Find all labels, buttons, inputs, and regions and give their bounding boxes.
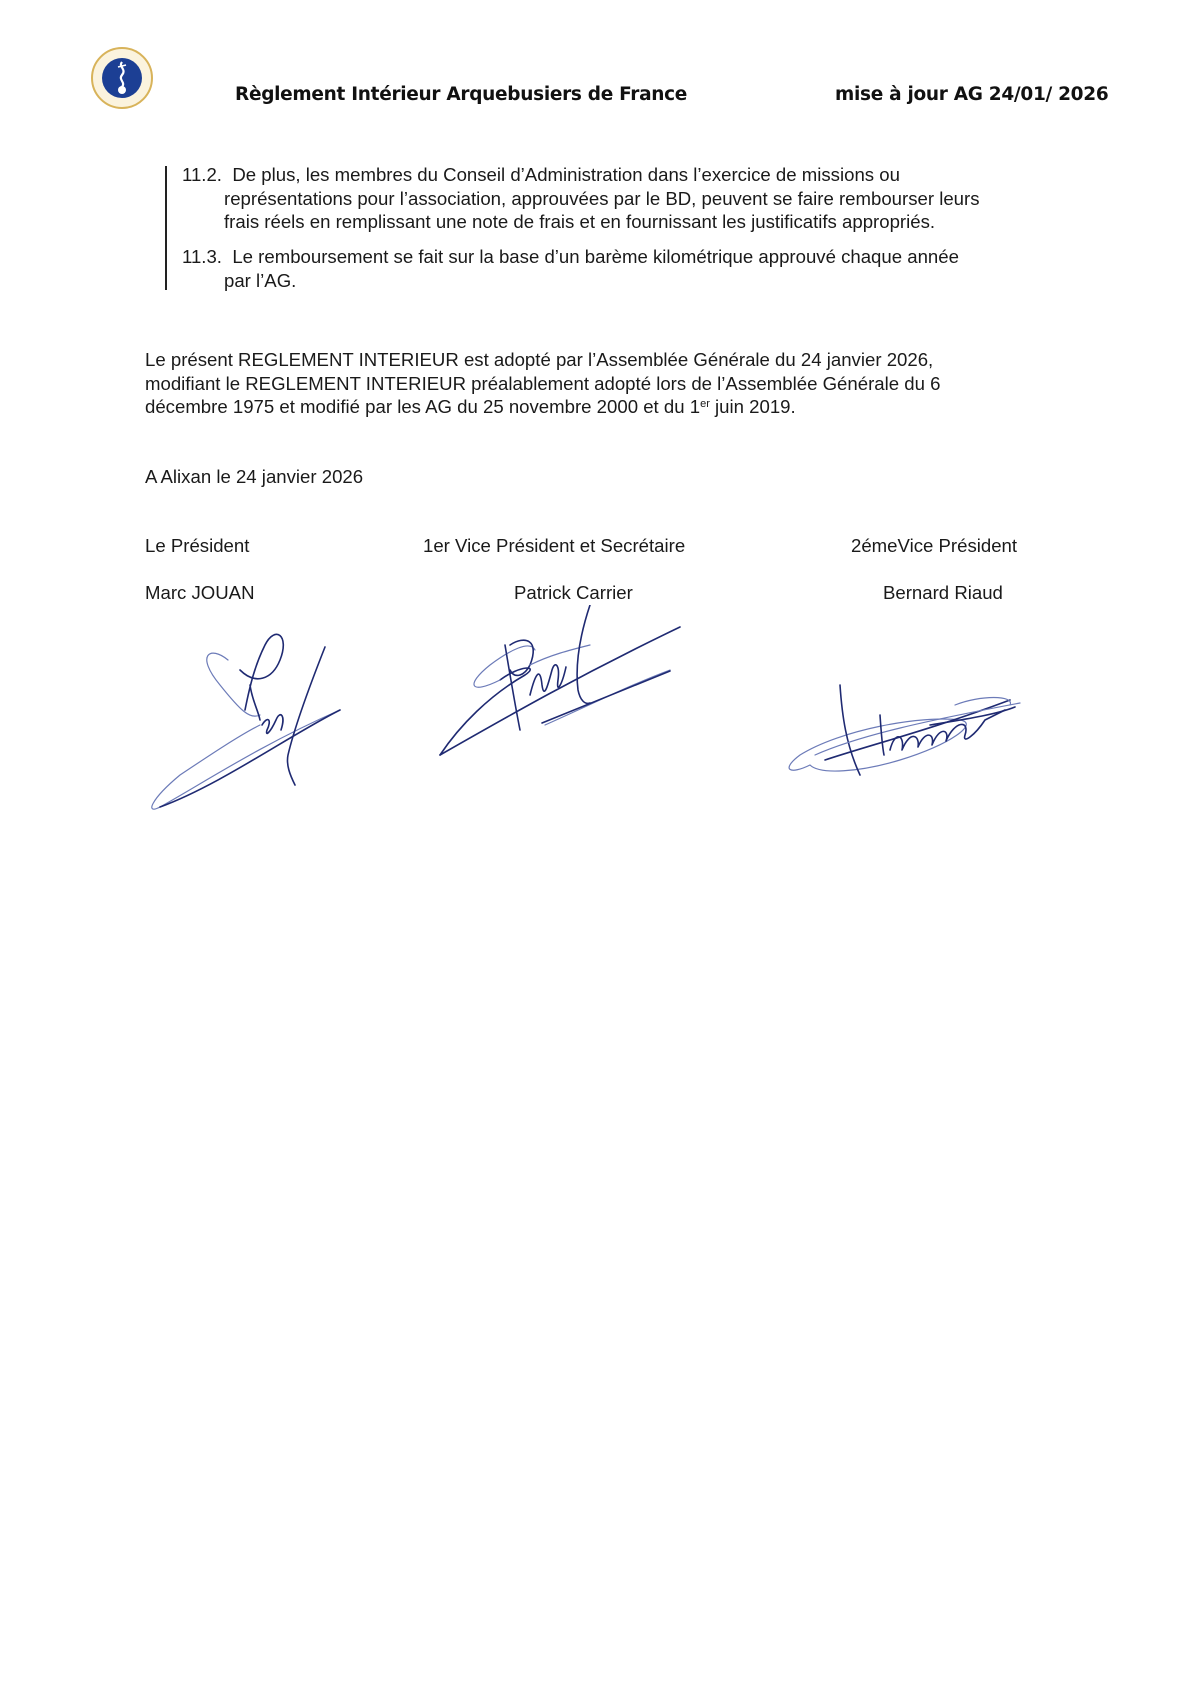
signatory-role-president: Le Président	[145, 535, 249, 557]
signatory-role-second-vice-president: 2émeVice Président	[851, 535, 1017, 557]
adoption-line: modifiant le REGLEMENT INTERIEUR préalab…	[145, 372, 940, 396]
signature-patrick-carrier-icon	[430, 605, 710, 765]
adoption-line: décembre 1975 et modifié par les AG du 2…	[145, 395, 940, 419]
ordinal-superscript: er	[700, 398, 710, 410]
association-logo-icon	[91, 47, 153, 109]
article-number: 11.3.	[182, 246, 222, 267]
article-number: 11.2.	[182, 164, 222, 185]
article-11-3: 11.3. Le remboursement se fait sur la ba…	[182, 245, 959, 292]
article-line: De plus, les membres du Conseil d’Admini…	[232, 164, 900, 185]
signature-marc-jouan-icon	[140, 625, 380, 825]
document-title: Règlement Intérieur Arquebusiers de Fran…	[235, 84, 687, 105]
signatory-name-first-vice-president: Patrick Carrier	[514, 582, 633, 604]
revision-change-bar	[165, 166, 167, 290]
update-note: mise à jour AG 24/01/ 2026	[835, 84, 1108, 105]
article-11-2: 11.2. De plus, les membres du Conseil d’…	[182, 163, 980, 234]
adoption-paragraph: Le présent REGLEMENT INTERIEUR est adopt…	[145, 348, 940, 419]
signatory-name-president: Marc JOUAN	[145, 582, 255, 604]
signature-bernard-riaud-icon	[780, 675, 1040, 785]
adoption-line: Le présent REGLEMENT INTERIEUR est adopt…	[145, 348, 940, 372]
signatory-name-second-vice-president: Bernard Riaud	[883, 582, 1003, 604]
article-line: frais réels en remplissant une note de f…	[182, 210, 980, 234]
place-date: A Alixan le 24 janvier 2026	[145, 465, 363, 489]
article-line: représentations pour l’association, appr…	[182, 187, 980, 211]
article-line: Le remboursement se fait sur la base d’u…	[232, 246, 959, 267]
article-line: par l’AG.	[182, 269, 959, 293]
signatory-role-first-vice-president: 1er Vice Président et Secrétaire	[423, 535, 685, 557]
